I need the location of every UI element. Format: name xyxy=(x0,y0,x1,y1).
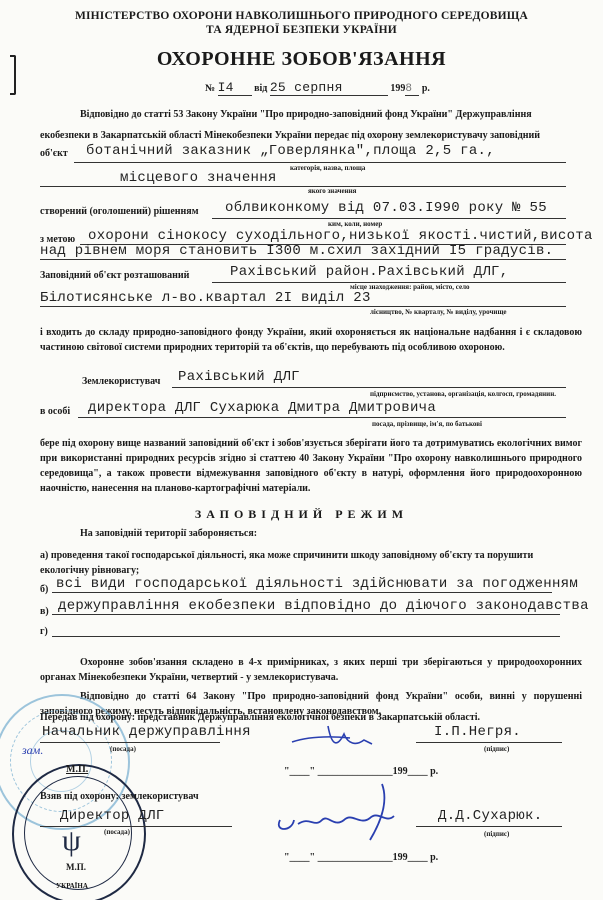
intro-line-2: екобезпеки в Закарпатській області Мінек… xyxy=(40,128,590,143)
accepted-signature-caption: (підпис) xyxy=(484,830,509,838)
transferred-name-value: І.П.Негря. xyxy=(434,724,521,740)
fund-paragraph: і входить до складу природно-заповідного… xyxy=(40,325,582,355)
year-unit: р. xyxy=(422,83,430,94)
transferred-position-caption: (посада) xyxy=(110,745,136,753)
trident-icon: ψ xyxy=(62,824,81,858)
significance-value: місцевого значення xyxy=(120,170,277,186)
regime-item-d-line xyxy=(52,636,560,637)
land-user-caption: підприємство, установа, організація, кол… xyxy=(370,390,556,398)
person-label: в особі xyxy=(40,406,70,417)
accepted-position-line xyxy=(40,826,232,827)
regime-item-a-text: проведення такої господарської діяльност… xyxy=(40,550,533,576)
regime-item-b-text: всі види господарської діяльності здійсн… xyxy=(56,576,578,592)
signature-negrya xyxy=(290,722,380,754)
decision-line xyxy=(212,218,566,219)
ministry-line-1: МІНІСТЕРСТВО ОХОРОНИ НАВКОЛИШНЬОГО ПРИРО… xyxy=(0,10,603,22)
copies-paragraph: Охоронне зобов'язання складено в 4-х при… xyxy=(40,655,582,685)
transferred-signature-line xyxy=(416,742,562,743)
regime-heading: ЗАПОВІДНИЙ РЕЖИМ xyxy=(0,507,603,522)
handwritten-note: зам. xyxy=(22,743,43,758)
location-value-line-2: Білотисянське л-во.квартал 2I виділ 23 xyxy=(40,290,371,306)
decision-value: облвиконкому від 07.03.I990 року № 55 xyxy=(225,200,547,216)
purpose-value-line-2: над рівнем моря становить I300 м.схил за… xyxy=(40,243,553,259)
regime-item-c-line xyxy=(52,614,560,615)
object-label: об'єкт xyxy=(40,148,68,159)
decision-caption: ким, коли, номер xyxy=(328,220,382,228)
object-line xyxy=(74,162,566,163)
decision-label: створений (оголошений) рішенням xyxy=(40,206,199,217)
purpose-value-line-1: охорони сінокосу суходільного,низької як… xyxy=(88,228,593,244)
location-caption-2: лісництво, № кварталу, № виділу, урочище xyxy=(370,308,506,316)
transferred-date-line: "____" _______________199____ р. xyxy=(284,764,438,779)
date-prefix: від xyxy=(254,83,267,94)
document-number: I4 xyxy=(218,80,252,96)
accepted-position-caption: (посада) xyxy=(104,828,130,836)
year-suffix: 8 xyxy=(405,83,419,96)
stamp-bottom-text: УКРАЇНА xyxy=(56,882,88,890)
location-label: Заповідний об'єкт розташований xyxy=(40,270,189,281)
intro-line-1: Відповідно до статті 53 Закону України "… xyxy=(80,107,590,122)
transferred-label: Передав під охорону: представник Держупр… xyxy=(40,710,480,725)
land-user-label: Землекористувач xyxy=(82,376,160,387)
regime-item-b-marker: б) xyxy=(40,584,48,595)
significance-caption: якого значення xyxy=(308,187,356,195)
regime-item-a: а) проведення такої господарської діяльн… xyxy=(40,548,560,578)
accepted-position-value: Директор ДЛГ xyxy=(60,808,164,824)
document-title: ОХОРОННЕ ЗОБОВ'ЯЗАННЯ xyxy=(0,48,603,71)
object-value: ботанічний заказник „Говерлянка",площа 2… xyxy=(86,143,495,159)
transferred-signature-caption: (підпис) xyxy=(484,745,509,753)
location-value-line-1: Рахівський район.Рахівський ДЛГ, xyxy=(230,264,508,280)
number-prefix: № xyxy=(205,83,215,94)
regime-item-b-line xyxy=(52,592,552,593)
regime-item-c-text: держуправління екобезпеки відповідно до … xyxy=(58,598,589,614)
stamp-mp-label: М.П. xyxy=(66,862,86,872)
location-line-2 xyxy=(40,306,566,307)
obligation-paragraph: бере під охорону вище названий заповідни… xyxy=(40,436,582,496)
document-number-row: № I4 від 25 серпня 1998 р. xyxy=(205,80,430,96)
person-value: директора ДЛГ Сухарюка Дмитра Дмитровича xyxy=(88,400,436,416)
significance-line xyxy=(40,186,566,187)
document-date: 25 серпня xyxy=(270,80,388,96)
person-caption: посада, прізвище, ім'я, по батькові xyxy=(372,420,482,428)
accepted-signature-line xyxy=(416,826,562,827)
person-line xyxy=(78,417,566,418)
accepted-date-line: "____" _______________199____ р. xyxy=(284,850,438,865)
regime-item-a-marker: а) xyxy=(40,550,48,561)
object-caption: категорія, назва, площа xyxy=(290,164,365,172)
ministry-line-2: ТА ЯДЕРНОЇ БЕЗПЕКИ УКРАЇНИ xyxy=(0,24,603,36)
signature-sukharyuk xyxy=(270,780,410,850)
accepted-name-value: Д.Д.Сухарюк. xyxy=(438,808,542,824)
regime-intro: На заповідній території забороняється: xyxy=(80,526,257,541)
year-prefix: 199 xyxy=(390,83,405,94)
land-user-value: Рахівський ДЛГ xyxy=(178,369,300,385)
accepted-label: Взяв під охорону: землекористувач xyxy=(40,789,199,804)
land-user-line xyxy=(172,387,566,388)
regime-item-d-marker: г) xyxy=(40,626,48,637)
purpose-line-2 xyxy=(40,259,566,260)
transferred-stamp-label: М.П. xyxy=(66,764,88,775)
regime-item-c-marker: в) xyxy=(40,606,49,617)
transferred-position-value: Начальник держуправління xyxy=(42,724,251,740)
transferred-position-line xyxy=(40,742,220,743)
